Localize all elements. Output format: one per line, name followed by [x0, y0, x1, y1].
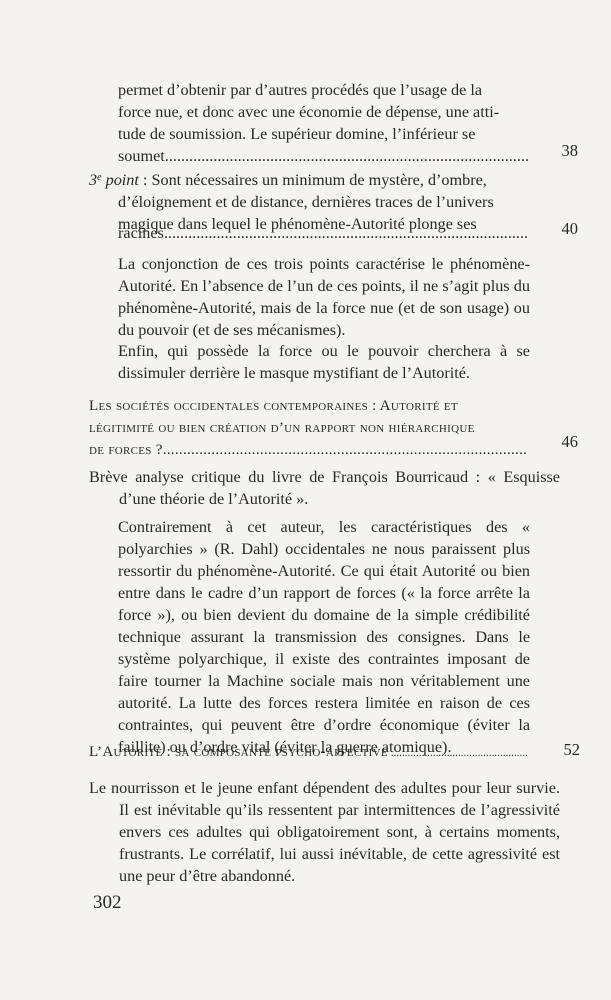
- toc-entry-text: permet d’obtenir par d’autres procédés q…: [118, 79, 530, 145]
- text-line: 3e point : Sont nécessaires un minimum d…: [89, 167, 530, 191]
- text-line: tude de soumission. Le supérieur domine,…: [118, 123, 530, 145]
- page-number: 46: [538, 431, 578, 453]
- subsection-entry: Brève analyse critique du livre de Franç…: [89, 466, 560, 510]
- point-label: 3e point: [89, 171, 139, 189]
- text-line-end: racines: [118, 224, 164, 242]
- page-number: 40: [538, 218, 578, 240]
- summary-paragraph: Contrairement à cet auteur, les caractér…: [118, 516, 530, 758]
- dot-leader: ........................................…: [391, 748, 528, 759]
- book-page: permet d’obtenir par d’autres procédés q…: [0, 0, 611, 1000]
- page-number: 52: [540, 739, 580, 761]
- dot-leader-line: de forces ?.............................…: [89, 439, 528, 461]
- folio-page-number: 302: [93, 892, 122, 914]
- heading-text: L’Autorité : sa composante psycho-affect…: [89, 744, 388, 760]
- text-line: permet d’obtenir par d’autres procédés q…: [118, 79, 530, 101]
- section-heading: L’Autorité : sa composante psycho-affect…: [89, 741, 528, 765]
- summary-paragraph: La conjonction de ces trois points carac…: [118, 253, 530, 341]
- summary-paragraph: Enfin, qui possède la force ou le pouvoi…: [118, 340, 530, 384]
- dot-leader: ........................................…: [164, 224, 528, 242]
- section-heading: Les sociétés occidentales contemporaines…: [89, 395, 530, 439]
- text-line: d’éloignement et de distance, dernières …: [89, 191, 530, 213]
- page-number: 38: [538, 140, 578, 162]
- heading-line: légitimité ou bien création d’un rapport…: [89, 417, 530, 439]
- dot-leader: ........................................…: [163, 442, 528, 458]
- dot-leader-line: soumet..................................…: [118, 145, 528, 167]
- heading-line: Les sociétés occidentales contemporaines…: [89, 395, 530, 417]
- text-line-end: soumet: [118, 147, 165, 165]
- summary-paragraph: Le nourrisson et le jeune enfant dépende…: [89, 777, 560, 887]
- heading-line-end: de forces ?: [89, 442, 163, 458]
- text-line: force nue, et donc avec une économie de …: [118, 101, 530, 123]
- dot-leader: ........................................…: [165, 147, 528, 165]
- dot-leader-line: racines.................................…: [118, 222, 528, 244]
